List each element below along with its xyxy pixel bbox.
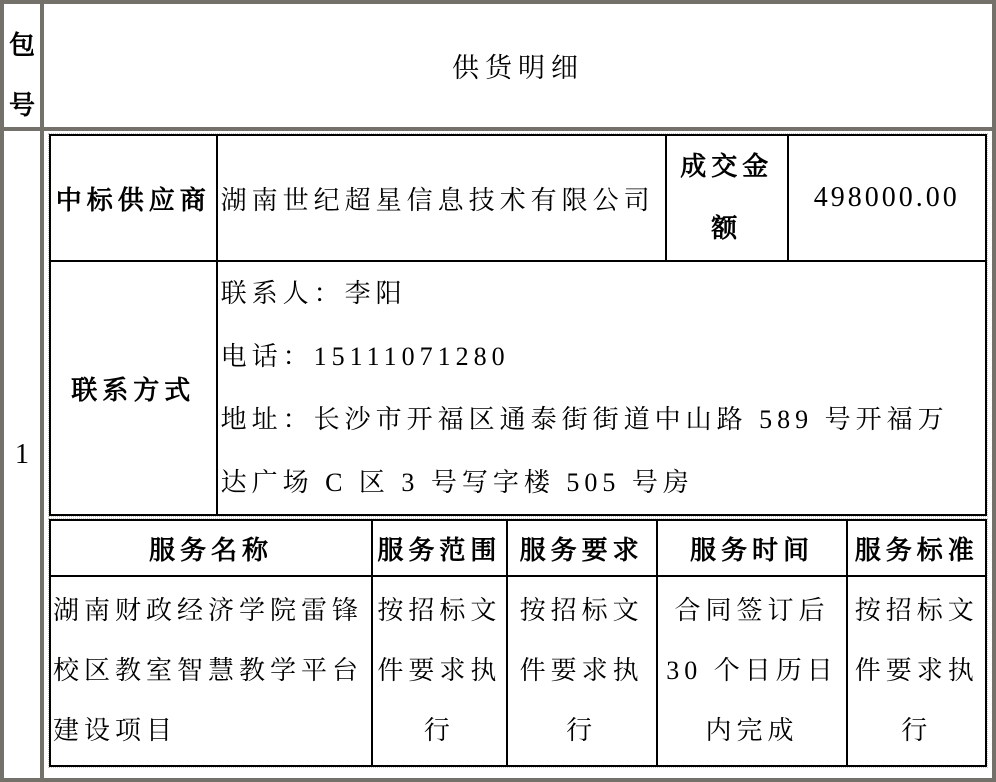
supplier-name: 湖南世纪超星信息技术有限公司 [217,135,666,261]
service-requirement-value: 按招标文件要求执行 [507,576,657,766]
table-title-cell: 供货明细 [44,4,992,127]
contact-row: 联系方式 联系人：李阳 电话：15111071280 地址：长沙市开福区通泰街街… [50,261,986,515]
service-header-time: 服务时间 [657,520,848,576]
service-standard-value: 按招标文件要求执行 [847,576,986,766]
package-no-column-header: 包号 [4,4,40,127]
contact-address: 地址：长沙市开福区通泰街街道中山路 589 号开福万达广场 C 区 3 号写字楼… [221,388,979,514]
service-header-row: 服务名称 服务范围 服务要求 服务时间 服务标准 [50,520,986,576]
package-no-value: 1 [15,439,29,471]
package-no-cell: 1 [4,131,40,778]
contact-phone: 电话：15111071280 [221,325,979,388]
supplier-row: 中标供应商 湖南世纪超星信息技术有限公司 成交金额 498000.00 [50,135,986,261]
amount-value: 498000.00 [788,135,986,261]
service-header-standard: 服务标准 [847,520,986,576]
contact-info-cell: 联系人：李阳 电话：15111071280 地址：长沙市开福区通泰街街道中山路 … [217,261,986,515]
service-table: 服务名称 服务范围 服务要求 服务时间 服务标准 湖南财政经济学院雷锋校区教室智… [49,519,987,767]
supply-detail-document: 包号 供货明细 1 中标供应商 湖南世纪超星信息技术有限公司 成交金额 4980… [0,0,996,782]
outer-table: 包号 供货明细 1 中标供应商 湖南世纪超星信息技术有限公司 成交金额 4980… [4,4,992,778]
service-scope-value: 按招标文件要求执行 [372,576,507,766]
service-header-requirement: 服务要求 [507,520,657,576]
supplier-label: 中标供应商 [50,135,217,261]
service-name-value: 湖南财政经济学院雷锋校区教室智慧教学平台建设项目 [50,576,372,766]
table-title: 供货明细 [452,46,584,85]
contact-label: 联系方式 [50,261,217,515]
service-header-scope: 服务范围 [372,520,507,576]
amount-label: 成交金额 [666,135,788,261]
service-header-name: 服务名称 [50,520,372,576]
service-time-value: 合同签订后 30 个日历日内完成 [657,576,848,766]
package-content-cell: 中标供应商 湖南世纪超星信息技术有限公司 成交金额 498000.00 联系方式… [44,131,992,778]
service-data-row: 湖南财政经济学院雷锋校区教室智慧教学平台建设项目 按招标文件要求执行 按招标文件… [50,576,986,766]
supplier-contact-table: 中标供应商 湖南世纪超星信息技术有限公司 成交金额 498000.00 联系方式… [49,134,987,516]
contact-person: 联系人：李阳 [221,262,979,325]
